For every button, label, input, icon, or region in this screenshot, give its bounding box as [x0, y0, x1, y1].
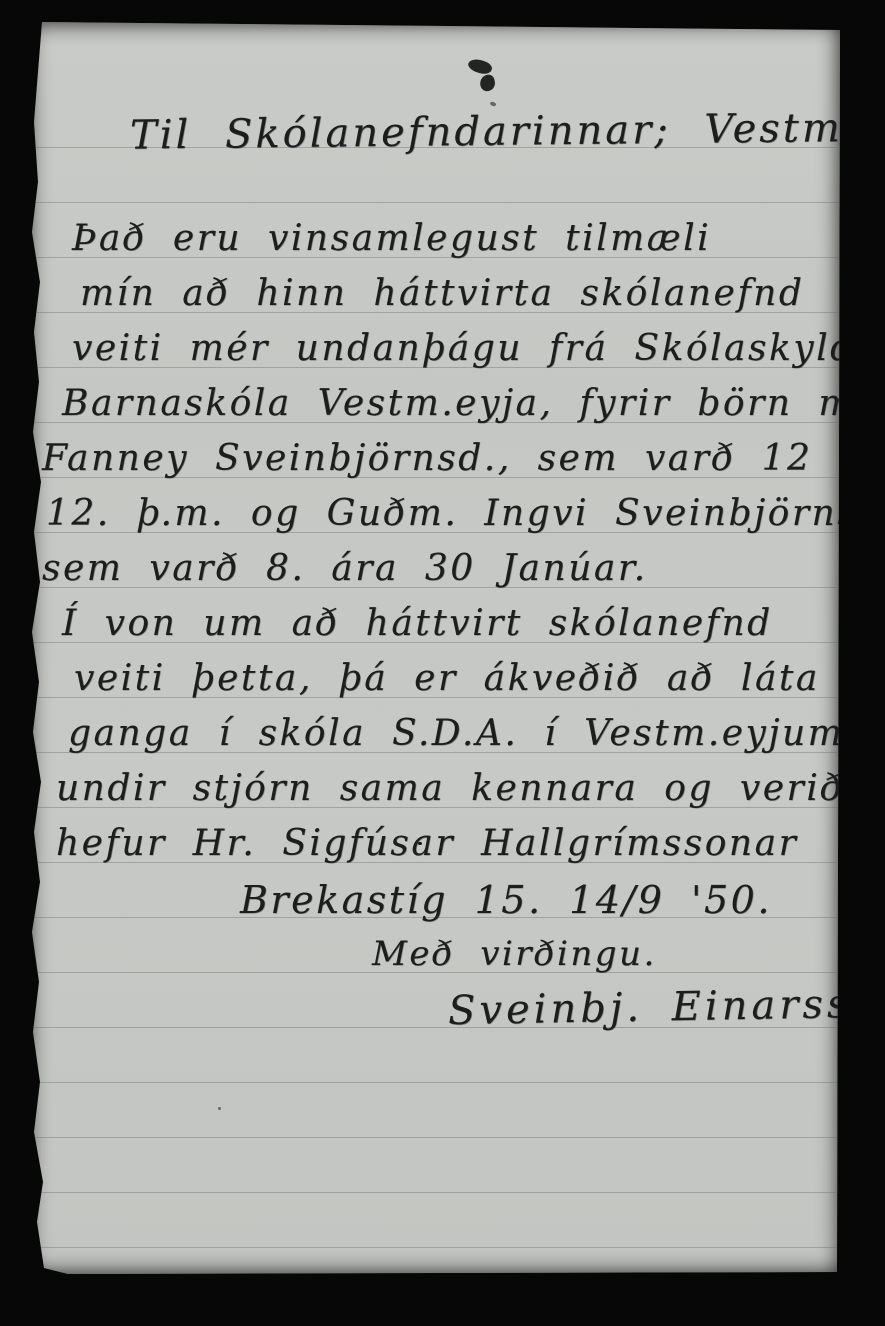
letter-line: veiti mér undanþágu frá Skólaskyldu — [72, 328, 881, 369]
letter-line: 12. þ.m. og Guðm. Ingvi Sveinbjörnsson — [46, 493, 885, 534]
paper-speck — [218, 1107, 221, 1110]
ink-blot — [478, 73, 497, 92]
letter-closing: Með virðingu. — [372, 934, 657, 974]
letter-line: sem varð 8. ára 30 Janúar. — [42, 548, 648, 589]
letter-line: veiti þetta, þá er ákveðið að láta þau — [74, 658, 885, 699]
letter-line: mín að hinn háttvirta skólanefnd — [80, 273, 804, 314]
letter-line: Það eru vinsamlegust tilmæli — [72, 218, 711, 259]
letter-line: Í von um að háttvirt skólanefnd — [62, 603, 773, 644]
letter-line: hefur Hr. Sigfúsar Hallgrímssonar — [56, 823, 798, 864]
letter-line: Fanney Sveinbjörnsd., sem varð 12 ára — [42, 438, 885, 479]
letter-line: Barnaskóla Vestm.eyja, fyrir börn mín. — [62, 383, 885, 424]
scanned-letter-page: Til Skólanefndarinnar; Vestm.eyjum. Það … — [0, 0, 885, 1326]
letter-paper: Til Skólanefndarinnar; Vestm.eyjum. Það … — [28, 22, 840, 1274]
letter-date-line: Brekastíg 15. 14/9 '50. — [240, 878, 772, 922]
letter-signature: Sveinbj. Einarsson. — [448, 980, 885, 1034]
letter-line: ganga í skóla S.D.A. í Vestm.eyjum — [68, 713, 844, 754]
letter-heading: Til Skólanefndarinnar; Vestm.eyjum. — [130, 103, 885, 158]
letter-line: undir stjórn sama kennara og verið — [56, 768, 844, 809]
